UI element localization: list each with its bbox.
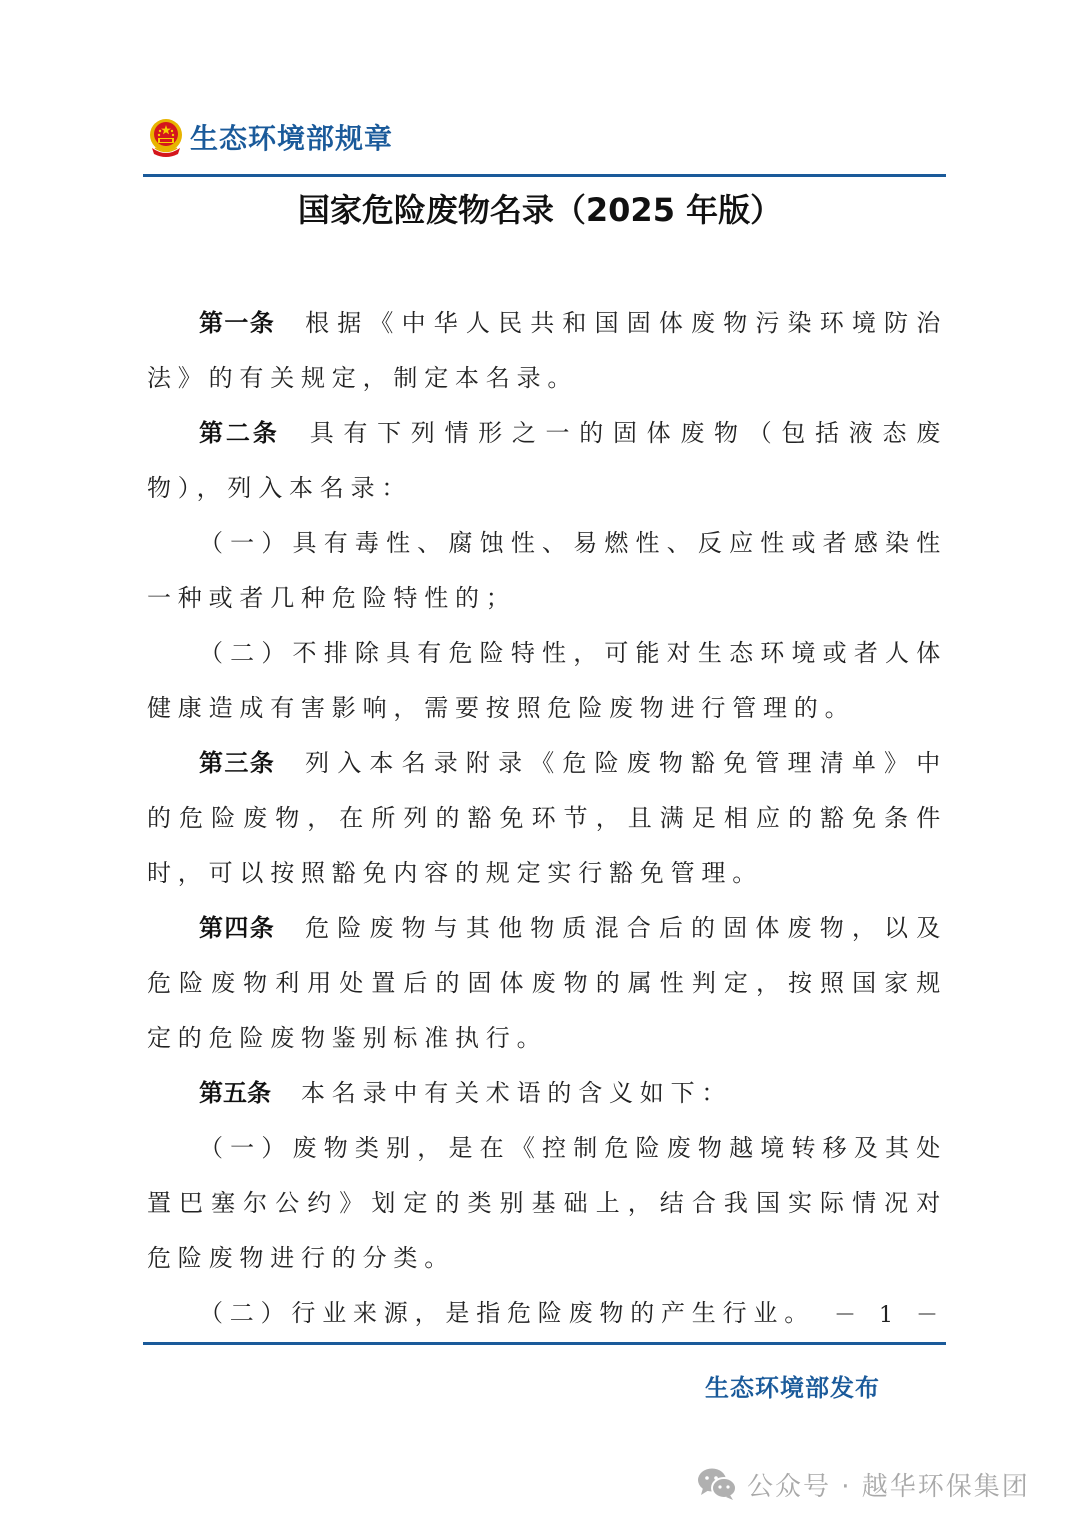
article-5-clause-1: （一）废物类别，是在《控制危险废物越境转移及其处置巴塞尔公约》划定的类别基础上，… xyxy=(147,1121,947,1286)
page-number: － 1 － xyxy=(834,1298,946,1329)
document-body: 第一条根据《中华人民共和国固体废物污染环境防治法》的有关规定，制定本名录。 第二… xyxy=(147,296,947,1341)
article-2-clause-2: （二）不排除具有危险特性，可能对生态环境或者人体健康造成有害影响，需要按照危险废… xyxy=(147,626,947,736)
article-label: 第四条 xyxy=(199,914,275,942)
publisher-label: 生态环境部发布 xyxy=(705,1368,880,1403)
article-label: 第三条 xyxy=(199,749,275,777)
article-label: 第一条 xyxy=(199,309,275,337)
article-3: 第三条列入本名录附录《危险废物豁免管理清单》中的危险废物，在所列的豁免环节，且满… xyxy=(147,736,947,901)
article-5: 第五条本名录中有关术语的含义如下： xyxy=(147,1066,947,1121)
article-5-clause-2: （二）行业来源，是指危险废物的产生行业。 xyxy=(147,1286,947,1341)
article-2: 第二条具有下列情形之一的固体废物（包括液态废物），列入本名录： xyxy=(147,406,947,516)
footer-divider xyxy=(143,1342,946,1345)
header-divider xyxy=(143,174,946,177)
watermark-text: 公众号 · 越华环保集团 xyxy=(747,1466,1030,1503)
article-text: 本名录中有关术语的含义如下： xyxy=(301,1079,732,1107)
article-1: 第一条根据《中华人民共和国固体废物污染环境防治法》的有关规定，制定本名录。 xyxy=(147,296,947,406)
article-label: 第二条 xyxy=(199,419,280,447)
header-title: 生态环境部规章 xyxy=(190,119,393,159)
wechat-watermark: 公众号 · 越华环保集团 xyxy=(697,1461,1030,1507)
article-2-clause-1: （一）具有毒性、腐蚀性、易燃性、反应性或者感染性一种或者几种危险特性的； xyxy=(147,516,947,626)
wechat-icon xyxy=(697,1467,737,1501)
article-label: 第五条 xyxy=(199,1079,271,1107)
national-emblem-icon xyxy=(147,118,185,158)
document-title: 国家危险废物名录（2025 年版） xyxy=(0,188,1080,232)
article-4: 第四条危险废物与其他物质混合后的固体废物，以及危险废物利用处置后的固体废物的属性… xyxy=(147,901,947,1066)
